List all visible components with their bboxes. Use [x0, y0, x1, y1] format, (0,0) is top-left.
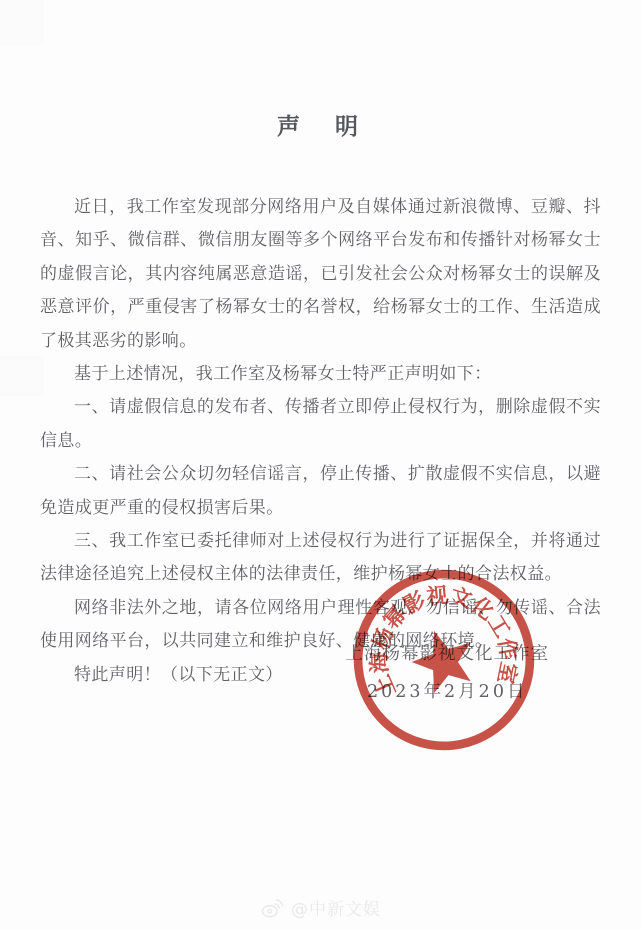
signature-studio-name: 上海杨幂影视文化工作室 — [346, 640, 550, 665]
statement-paragraph: 基于上述情况，我工作室及杨幂女士特严正声明如下： — [40, 358, 601, 391]
statement-document-page: 声 明 近日，我工作室发现部分网络用户及自媒体通过新浪微博、豆瓣、抖音、知乎、微… — [0, 0, 641, 930]
statement-body: 近日，我工作室发现部分网络用户及自媒体通过新浪微博、豆瓣、抖音、知乎、微信群、微… — [40, 191, 601, 692]
scan-artifact-left-edge — [0, 356, 44, 396]
statement-title: 声 明 — [0, 0, 641, 141]
signature-date: 2023年2月20日 — [346, 678, 550, 703]
statement-paragraph: 一、请虚假信息的发布者、传播者立即停止侵权行为，删除虚假不实信息。 — [40, 391, 601, 458]
statement-paragraph: 近日，我工作室发现部分网络用户及自媒体通过新浪微博、豆瓣、抖音、知乎、微信群、微… — [40, 191, 601, 358]
weibo-logo-icon — [260, 897, 284, 919]
scan-artifact-top-left — [0, 0, 44, 46]
watermark: @中新文娱 — [260, 895, 381, 920]
signature-block: 上海杨幂影视文化工作室 2023年2月20日 — [346, 640, 550, 703]
statement-paragraph: 三、我工作室已委托律师对上述侵权行为进行了证据保全，并将通过法律途径追究上述侵权… — [40, 525, 601, 592]
watermark-text: @中新文娱 — [291, 895, 381, 920]
statement-paragraph: 二、请社会公众切勿轻信谣言，停止传播、扩散虚假不实信息，以避免造成更严重的侵权损… — [40, 458, 601, 525]
